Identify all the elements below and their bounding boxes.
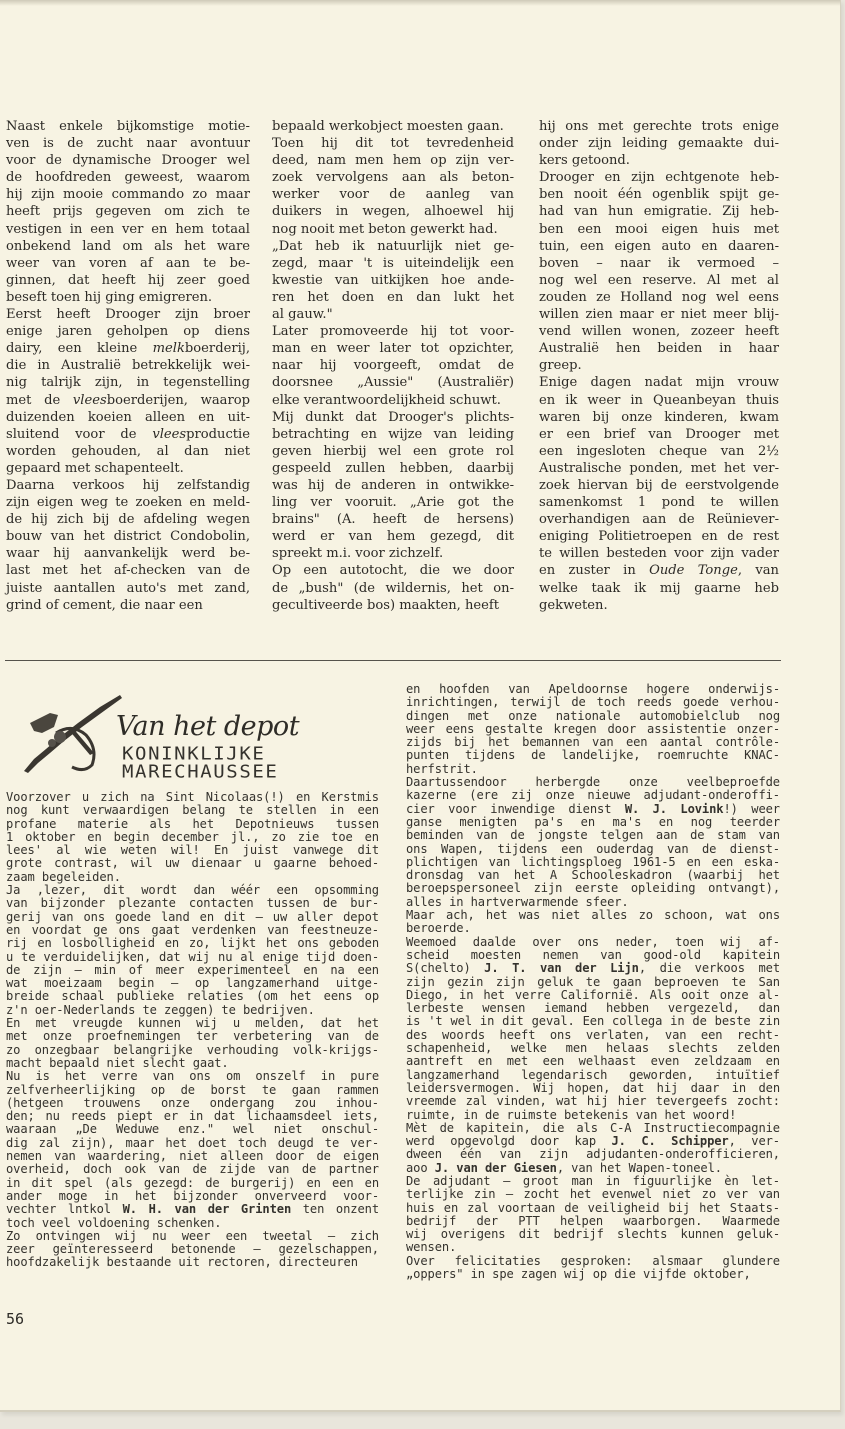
- text-line: tuin, een eigen auto en daaren-: [539, 238, 779, 255]
- text-line: kwestie van uitkijken hoe ande-: [272, 272, 514, 289]
- text-line: Australische ponden, met het ver-: [539, 460, 779, 477]
- section-script-title: Van het depot: [116, 711, 299, 742]
- text-line: geven hierbij wel een grote rol: [272, 443, 514, 460]
- text-line: beroerde.: [406, 922, 780, 935]
- text-line: aantreft en met een welhaast even zeldza…: [406, 1055, 780, 1068]
- text-line: kazerne (ere zij onze nieuwe adjudant-on…: [406, 789, 780, 802]
- text-line: beminden van de jongste telgen aan de st…: [406, 829, 780, 842]
- text-line: met de vleesboerderijen, waarop: [6, 392, 250, 409]
- text-line: onder zijn leiding gemaakte dui-: [539, 135, 779, 152]
- text-line: weer eens gestalte kregen door assistent…: [406, 723, 780, 736]
- text-line: Daartussendoor herbergde onze veelbeproe…: [406, 776, 780, 789]
- text-line: nog nooit met beton gewerkt had.: [272, 221, 514, 238]
- text-line: gespeeld zullen hebben, daarbij: [272, 460, 514, 477]
- text-line: dronsdag van het A Schooleskadron (waarb…: [406, 869, 780, 882]
- text-line: werd opgevolgd door kap J. C. Schipper, …: [406, 1135, 780, 1148]
- text-line: dig zal zijn), maar het doet toch deugd …: [6, 1137, 379, 1150]
- text-line: aoo J. van der Giesen, van het Wapen-ton…: [406, 1162, 780, 1175]
- text-line: sluitend voor de vleesproductie: [6, 426, 250, 443]
- text-line: Diego, in het verre Californië. Als ooit…: [406, 989, 780, 1002]
- text-line: ben een mooi eigen huis met: [539, 221, 779, 238]
- text-line: willen zien maar er niet meer blij-: [539, 306, 779, 323]
- text-line: Daarna verkoos hij zelfstandig: [6, 477, 250, 494]
- text-line: Drooger en zijn echtgenote heb-: [539, 169, 779, 186]
- text-line: Eerst heeft Drooger zijn broer: [6, 306, 250, 323]
- text-line: 1 oktober en begin december jl., zo zie …: [6, 831, 379, 844]
- section-caps-line-2: MARECHAUSSEE: [122, 762, 278, 783]
- text-line: man en weer later tot opzichter,: [272, 340, 514, 357]
- text-line: Naast enkele bijkomstige motie-: [6, 118, 250, 135]
- text-line: Mèt de kapitein, die als C-A Instructiec…: [406, 1122, 780, 1135]
- text-line: vechter lntkol W. H. van der Grinten ten…: [6, 1203, 379, 1216]
- text-line: last met het af-checken van de: [6, 562, 250, 579]
- text-line: zijn eigen weg te zoeken en meld-: [6, 494, 250, 511]
- text-line: weer van voren af aan te be-: [6, 255, 250, 272]
- text-line: dingen met onze nationale automobielclub…: [406, 710, 780, 723]
- text-line: grote contrast, wil uw dienaar u gaarne …: [6, 857, 379, 870]
- text-line: inrichtingen, terwijl de toch reeds goed…: [406, 696, 780, 709]
- text-line: en zuster in Oude Tonge, van: [539, 562, 779, 579]
- article-bottom-column-2: en hoofden van Apeldoornse hogere onderw…: [406, 683, 780, 1281]
- text-line: Later promoveerde hij tot voor-: [272, 323, 514, 340]
- text-line: Maar ach, het was niet alles zo schoon, …: [406, 909, 780, 922]
- text-line: Weemoed daalde over ons neder, toen wij …: [406, 936, 780, 949]
- text-line: Ja ,lezer, dit wordt dan wéér een opsomm…: [6, 884, 379, 897]
- text-line: wensen.: [406, 1241, 780, 1254]
- text-line: wat moeizaam begin — op langzamerhand ui…: [6, 977, 379, 990]
- text-line: zoek vervolgens aan als beton-: [272, 169, 514, 186]
- text-line: lees' al wie weten wil! En juist vanwege…: [6, 844, 379, 857]
- text-line: werker voor de aanleg van: [272, 186, 514, 203]
- text-line: spreekt m.i. voor zichzelf.: [272, 545, 514, 562]
- text-line: al gauw.": [272, 306, 514, 323]
- text-line: de hoofdreden geweest, waarom: [6, 169, 250, 186]
- text-line: worden gehouden, al dan niet: [6, 443, 250, 460]
- page-top-edge: [0, 0, 840, 6]
- text-line: overhandigen aan de Reünie­ver-: [539, 511, 779, 528]
- text-line: bepaald werkobject moesten gaan.: [272, 118, 514, 135]
- text-line: de zijn — min of meer experimenteel en n…: [6, 964, 379, 977]
- text-line: hij zijn mooie commando zo maar: [6, 186, 250, 203]
- text-line: bouw van het district Condobolin,: [6, 528, 250, 545]
- text-line: rij en losbolligheid en zo, lijkt het on…: [6, 937, 379, 950]
- text-line: en voordat ge ons gaat verdenken van fee…: [6, 924, 379, 937]
- text-line: dairy, een kleine melkboerderij,: [6, 340, 250, 357]
- text-line: ganse menigten pa's en ma's en nog teerd…: [406, 816, 780, 829]
- text-line: beroepspersoneel zijn eerste opleiding o…: [406, 882, 780, 895]
- text-line: kers getoond.: [539, 152, 779, 169]
- text-line: brains" (A. heeft de hersens): [272, 511, 514, 528]
- text-line: ren het doen en dan lukt het: [272, 289, 514, 306]
- article-top-column-3: hij ons met gerechte trots enigeonder zi…: [539, 118, 779, 614]
- text-line: waren bij onze kinderen, kwam: [539, 409, 779, 426]
- text-line: terlijke zin — zocht het evenwel niet zo…: [406, 1188, 780, 1201]
- text-line: had van hun emigratie. Zij heb-: [539, 203, 779, 220]
- text-line: zijn gezin zijn geluk te gaan beproeven …: [406, 976, 780, 989]
- text-line: herfstrit.: [406, 763, 780, 776]
- text-line: dween één van zijn adjudanten-onderoffic…: [406, 1148, 780, 1161]
- text-line: bedrijf der PTT helpen waarborgen. Waarm…: [406, 1215, 780, 1228]
- text-line: deed, nam men hem op zijn ver-: [272, 152, 514, 169]
- text-line: zelfverheerlijking op de borst te gaan r…: [6, 1084, 379, 1097]
- text-line: ben nooit één ogenblik spijt ge-: [539, 186, 779, 203]
- text-line: nig talrijk zijn, in tegenstelling: [6, 374, 250, 391]
- text-line: nog wel een reserve. Al met al: [539, 272, 779, 289]
- text-line: ven is de zucht naar avontuur: [6, 135, 250, 152]
- text-line: in dit spel (als gezegd: de burgerij) en…: [6, 1177, 379, 1190]
- text-line: elke verantwoordelijkheid schuwt.: [272, 392, 514, 409]
- text-line: De adjudant — groot man in figuurlijke è…: [406, 1175, 780, 1188]
- section-divider: [5, 660, 781, 661]
- text-line: profane materie als het Depotnieuws tuss…: [6, 818, 379, 831]
- text-line: is 't wel in dit geval. Een collega in d…: [406, 1015, 780, 1028]
- article-top-column-2: bepaald werkobject moesten gaan.Toen hij…: [272, 118, 514, 614]
- text-line: Op een autotocht, die we door: [272, 562, 514, 579]
- text-line: Over felicitaties gesproken: alsmaar glu…: [406, 1255, 780, 1268]
- text-line: en hoofden van Apeldoornse hogere onderw…: [406, 683, 780, 696]
- text-line: u te verduidelijken, dat wij nu al enige…: [6, 951, 379, 964]
- text-line: des woords heeft ons verlaten, van een r…: [406, 1029, 780, 1042]
- text-line: zeer geïnteresseerd betonende — gezelsch…: [6, 1243, 379, 1256]
- text-line: nog kunt verwaardigen belang te stellen …: [6, 804, 379, 817]
- text-line: Zo ontvingen wij nu weer een tweetal — z…: [6, 1230, 379, 1243]
- text-line: heeft prijs gegeven om zich te: [6, 203, 250, 220]
- text-line: waar hij aanvankelijk werd be-: [6, 545, 250, 562]
- text-line: vestigen in een ver en hem totaal: [6, 221, 250, 238]
- text-line: hoofdzakelijk bestaande uit rectoren, di…: [6, 1256, 379, 1269]
- text-line: boven – naar ik vermoed –: [539, 255, 779, 272]
- text-line: gekweten.: [539, 597, 779, 614]
- article-bottom-column-1: Voorzover u zich na Sint Nicolaas(!) en …: [6, 791, 379, 1270]
- text-line: zaam begeleiden.: [6, 871, 379, 884]
- text-line: voor de dynamische Drooger wel: [6, 152, 250, 169]
- text-line: zo onzegbaar belangrijke verhouding volk…: [6, 1044, 379, 1057]
- text-line: langzamerhand legendarisch geworden, int…: [406, 1069, 780, 1082]
- text-line: scheid moesten nemen van good-old kapite…: [406, 949, 780, 962]
- text-line: ginnen, dat heeft hij zeer goed: [6, 272, 250, 289]
- text-line: te willen besteden voor zijn vader: [539, 545, 779, 562]
- text-line: enige jaren geholpen op diens: [6, 323, 250, 340]
- text-line: naar hij voorgeeft, omdat de: [272, 357, 514, 374]
- text-line: juiste aantallen auto's met zand,: [6, 580, 250, 597]
- text-line: nemen van waardering, niet alleen door d…: [6, 1150, 379, 1163]
- text-line: ling ver vooruit. „Arie got the: [272, 494, 514, 511]
- text-line: duizenden koeien alleen en uit-: [6, 409, 250, 426]
- text-line: macht bepaald niet slecht gaat.: [6, 1057, 379, 1070]
- text-line: En met vreugde kunnen wij u melden, dat …: [6, 1017, 379, 1030]
- text-line: waaraan „De Weduwe enz." wel niet onschu…: [6, 1123, 379, 1136]
- text-line: ander moge in het bijzonder onverveerd v…: [6, 1190, 379, 1203]
- text-line: leidersvermogen. Wij hopen, dat hij daar…: [406, 1082, 780, 1095]
- text-line: beseft toen hij ging emigreren.: [6, 289, 250, 306]
- text-line: werd er van hem gezegd, dit: [272, 528, 514, 545]
- text-line: Toen hij dit tot tevredenheid: [272, 135, 514, 152]
- text-line: doorsnee „Aussie" (Australiër): [272, 374, 514, 391]
- text-line: Enige dagen nadat mijn vrouw: [539, 374, 779, 391]
- text-line: den; nu reeds piept er in dat lichaamsde…: [6, 1110, 379, 1123]
- text-line: welke taak ik mij gaarne heb: [539, 580, 779, 597]
- text-line: schapenheid, welke men helaas slechts ze…: [406, 1042, 780, 1055]
- text-line: ons Wapen, tijdens een ouderdag van de d…: [406, 843, 780, 856]
- text-line: toch veel voldoening schenken.: [6, 1217, 379, 1230]
- text-line: plichtigen van lichtingsploeg 1961-5 en …: [406, 856, 780, 869]
- text-line: „Dat heb ik natuurlijk niet ge-: [272, 238, 514, 255]
- text-line: gerij van ons goede land en dit — uw all…: [6, 911, 379, 924]
- text-line: vreemde zal vinden, wat hij hier teverge…: [406, 1095, 780, 1108]
- text-line: duikers in wegen, alhoewel hij: [272, 203, 514, 220]
- section-header-logo: Van het depot KONINKLIJKE MARECHAUSSEE: [20, 693, 380, 793]
- text-line: Voorzover u zich na Sint Nicolaas(!) en …: [6, 791, 379, 804]
- text-line: met onze proefnemingen ter verbetering v…: [6, 1030, 379, 1043]
- text-line: zoek hiervan bij de eerstvolgende: [539, 477, 779, 494]
- text-line: wij overigens dit bedrijf slechts kunnen…: [406, 1228, 780, 1241]
- text-line: gepaard met schapenteelt.: [6, 460, 250, 477]
- rifle-emblem-icon: [20, 693, 130, 773]
- text-line: Australië hen beiden in haar: [539, 340, 779, 357]
- text-line: (hetgeen trouwens onze ondergang zou inh…: [6, 1097, 379, 1110]
- text-line: van bijzonder plezante contacten tussen …: [6, 897, 379, 910]
- magazine-page: Naast enkele bijkomstige motie-ven is de…: [0, 0, 841, 1412]
- text-line: S(chelto) J. T. van der Lijn, die verkoo…: [406, 962, 780, 975]
- text-line: en ik weer in Queanbeyan thuis: [539, 392, 779, 409]
- text-line: huis en zal voortaan de veiligheid bij h…: [406, 1202, 780, 1215]
- text-line: die in Australië betrekkelijk wei-: [6, 357, 250, 374]
- text-line: zegd, maar 't is uiteindelijk een: [272, 255, 514, 272]
- text-line: z'n oer-Nederlands te zeggen) te bedrijv…: [6, 1004, 379, 1017]
- text-line: cier voor inwendige dienst W. J. Lovink!…: [406, 803, 780, 816]
- text-line: ruimte, in de ruimste betekenis van het …: [406, 1109, 780, 1122]
- text-line: grind of cement, die naar een: [6, 597, 250, 614]
- text-line: Nu is het verre van ons om onszelf in pu…: [6, 1070, 379, 1083]
- text-line: samenkomst 1 pond te willen: [539, 494, 779, 511]
- text-line: punten tijdens de landelijke, roemruchte…: [406, 749, 780, 762]
- text-line: „oppers" in spe zagen wij op die vijfde …: [406, 1268, 780, 1281]
- text-line: eniging Politietroepen en de rest: [539, 528, 779, 545]
- text-line: de „bush" (de wildernis, het on-: [272, 580, 514, 597]
- text-line: onbekend land om als het ware: [6, 238, 250, 255]
- text-line: de hij zich bij de afdeling wegen: [6, 511, 250, 528]
- page-number: 56: [6, 1310, 24, 1328]
- text-line: lerbeste wensen iemand hebben vergezeld,…: [406, 1002, 780, 1015]
- text-line: was hij de anderen in ontwikke-: [272, 477, 514, 494]
- text-line: overheid, doch ook van de zijde van de p…: [6, 1163, 379, 1176]
- text-line: zijds bij het bemannen van een aantal co…: [406, 736, 780, 749]
- text-line: greep.: [539, 357, 779, 374]
- text-line: alles in hartverwarmende sfeer.: [406, 896, 780, 909]
- text-line: vend willen wonen, zozeer heeft: [539, 323, 779, 340]
- text-line: betrachting en wijze van leiding: [272, 426, 514, 443]
- article-top-column-1: Naast enkele bijkomstige motie-ven is de…: [6, 118, 250, 614]
- text-line: hij ons met gerechte trots enige: [539, 118, 779, 135]
- text-line: gecultiveerde bos) maakten, heeft: [272, 597, 514, 614]
- text-line: er een brief van Drooger met: [539, 426, 779, 443]
- text-line: Mij dunkt dat Drooger's plichts-: [272, 409, 514, 426]
- text-line: zouden ze Holland nog wel eens: [539, 289, 779, 306]
- text-line: breide schaal publieke relaties (om het …: [6, 990, 379, 1003]
- text-line: een ingesloten cheque van 2½: [539, 443, 779, 460]
